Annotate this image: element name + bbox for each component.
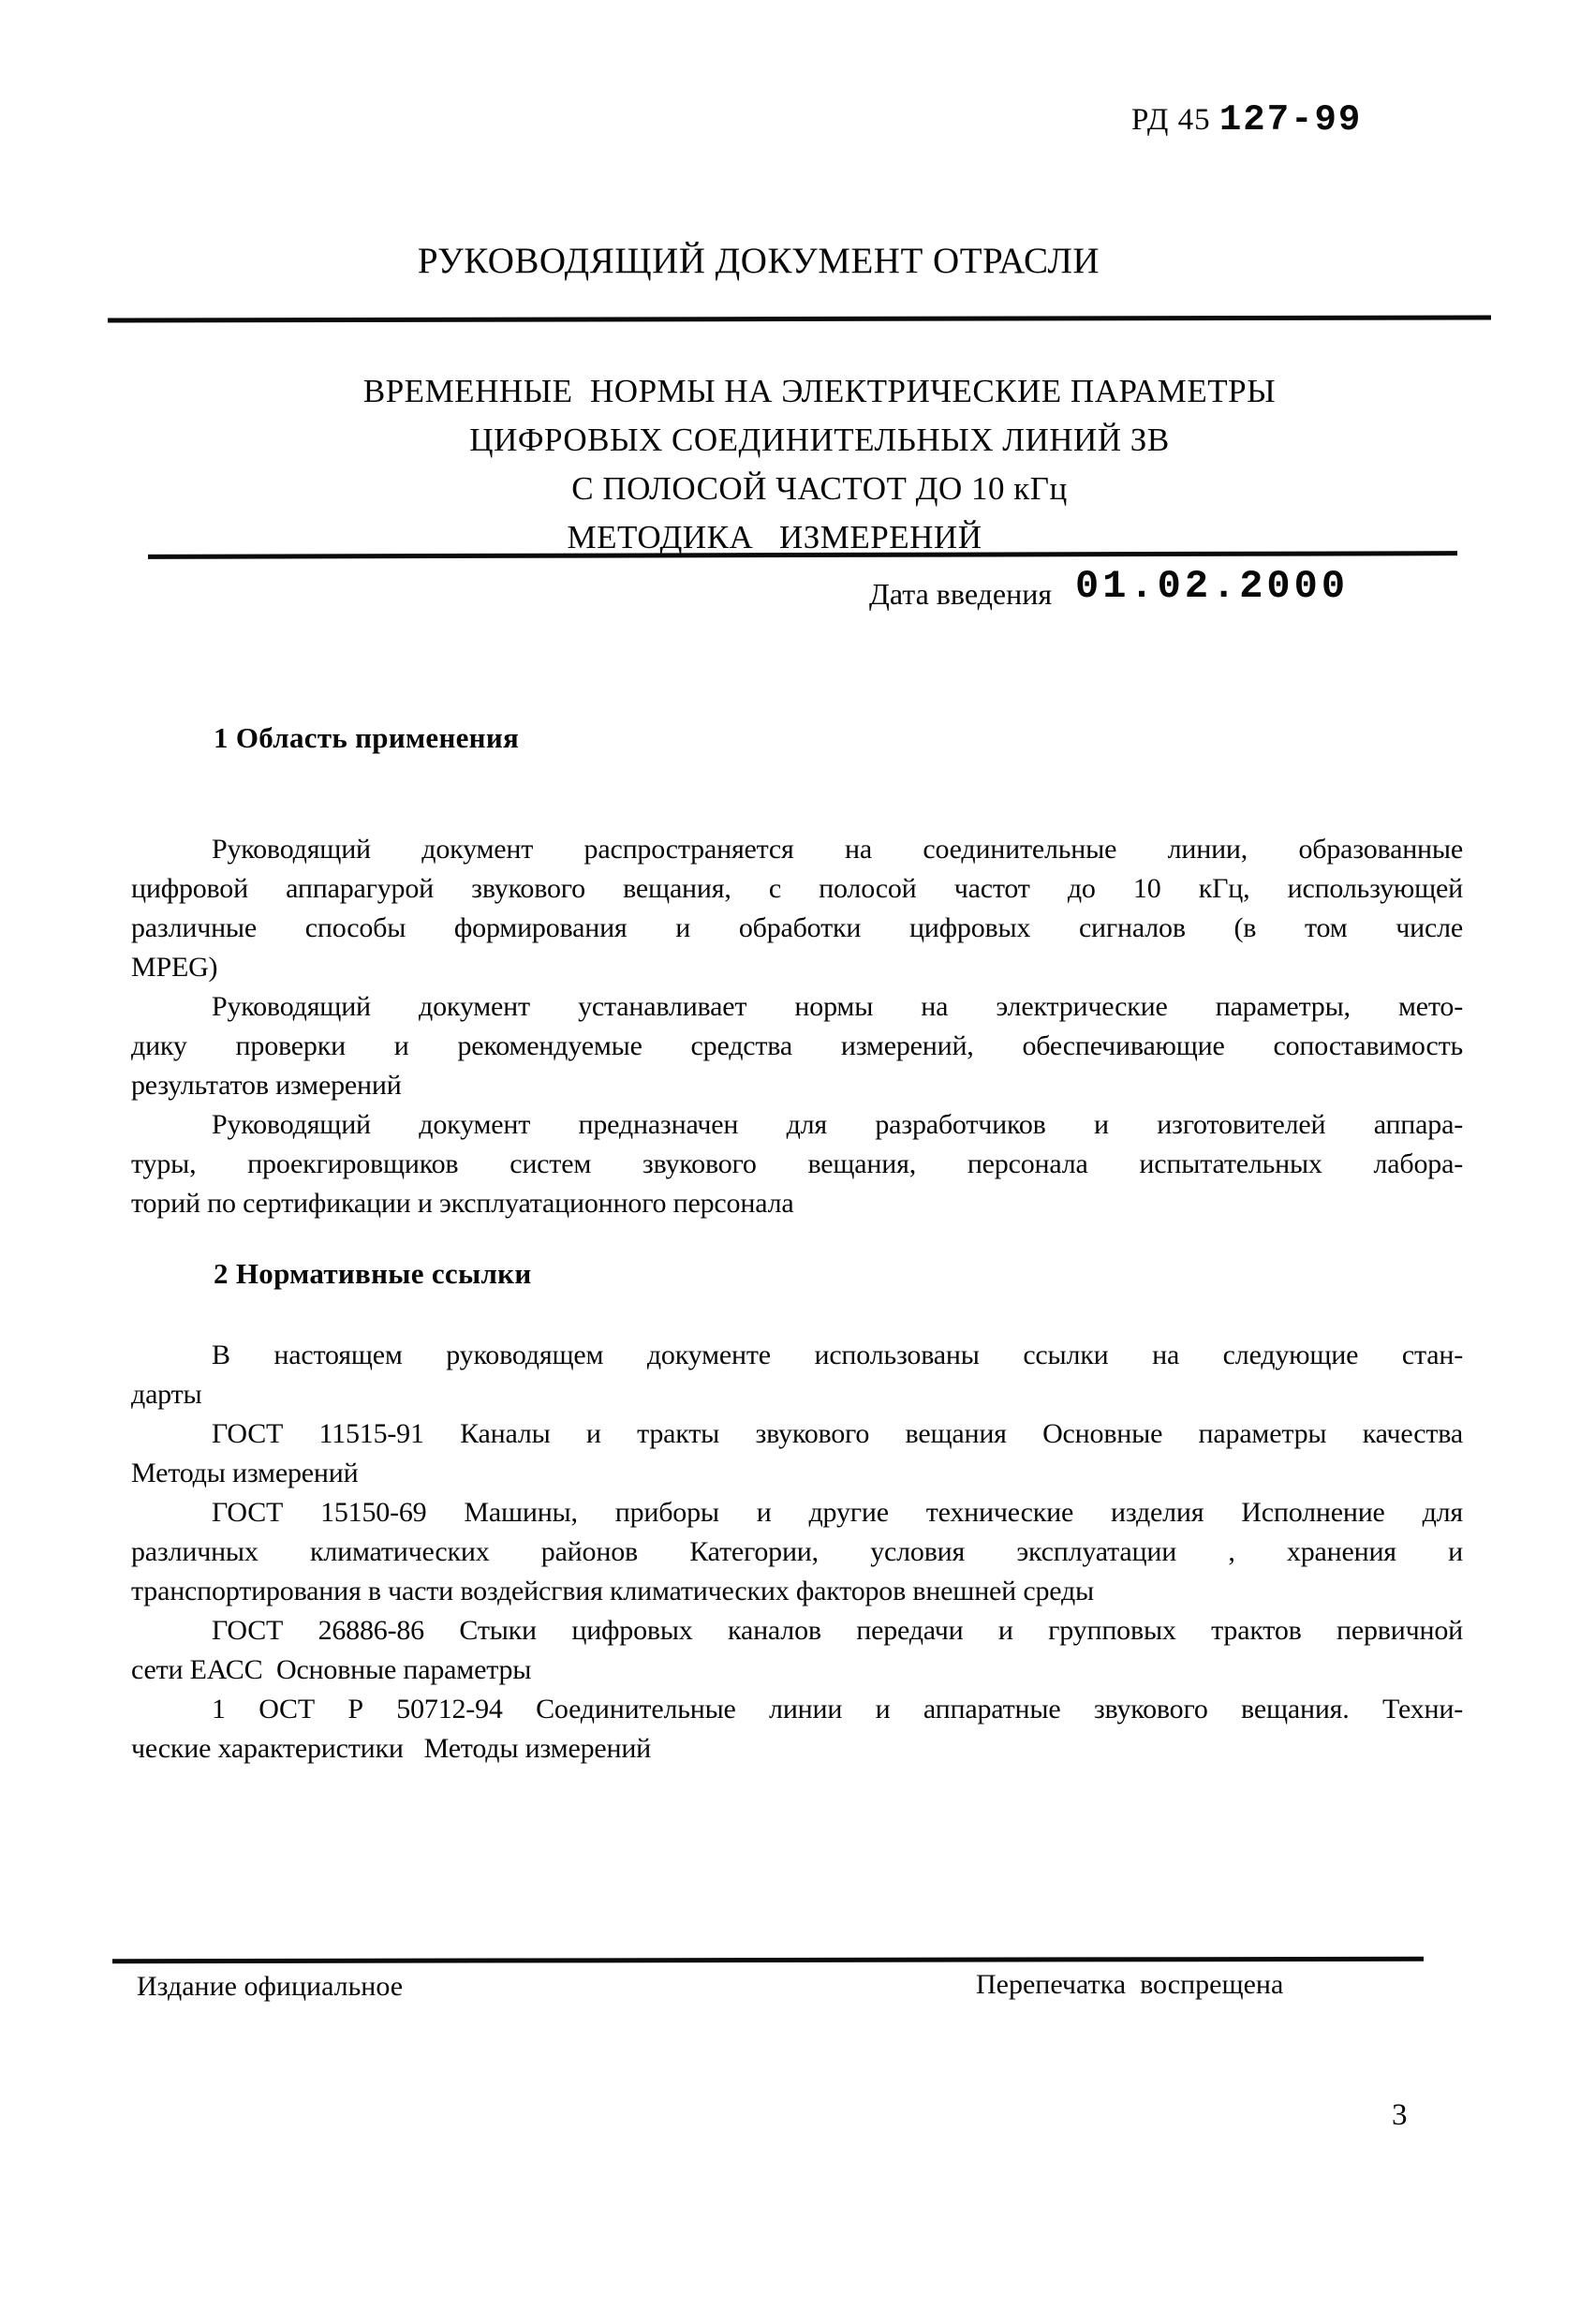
body-line: 1 ОСТ Р 50712-94 Соединительные линии и … [131, 1690, 1463, 1729]
body-line: Руководящий документ предназначен для ра… [131, 1105, 1463, 1145]
section-1-body: Руководящий документ распространяется на… [131, 830, 1463, 1223]
body-line: сети ЕАСС Основные параметры [131, 1650, 1463, 1690]
body-line: транспортирования в части воздейсгвия кл… [131, 1572, 1463, 1611]
body-line: Руководящий документ устанавливает нормы… [131, 987, 1463, 1027]
body-line: ГОСТ 15150-69 Машины, приборы и другие т… [131, 1493, 1463, 1532]
footer-reprint-note: Перепечатка воспрещена [976, 1969, 1283, 2001]
body-line: ГОСТ 11515-91 Каналы и тракты звукового … [131, 1414, 1463, 1454]
body-line: различных климатических районов Категори… [131, 1532, 1463, 1572]
top-horizontal-rule [108, 315, 1491, 322]
page-number: 3 [1392, 2098, 1408, 2133]
date-label: Дата введения [869, 577, 1052, 612]
footer-edition-note: Издание официальное [137, 1971, 403, 2003]
doc-title-block: ВРЕМЕННЫЕ НОРМЫ НА ЭЛЕКТРИЧЕСКИЕ ПАРАМЕТ… [42, 367, 1595, 562]
body-line: торий по сертификации и эксплуатационног… [131, 1184, 1463, 1223]
body-line: результатов измерений [131, 1066, 1463, 1105]
footer-horizontal-rule [112, 1957, 1424, 1963]
body-line: туры, проекгировщиков систем звукового в… [131, 1145, 1463, 1184]
body-line: ГОСТ 26886-86 Стыки цифровых каналов пер… [131, 1611, 1463, 1650]
section-2-body: В настоящем руководящем документе исполь… [131, 1336, 1463, 1769]
section-2-heading: 2 Нормативные ссылки [214, 1257, 531, 1291]
doc-title-line: ВРЕМЕННЫЕ НОРМЫ НА ЭЛЕКТРИЧЕСКИЕ ПАРАМЕТ… [42, 367, 1595, 416]
document-page: РД 45 127-99 РУКОВОДЯЩИЙ ДОКУМЕНТ ОТРАСЛ… [0, 0, 1595, 2324]
body-line: В настоящем руководящем документе исполь… [131, 1336, 1463, 1375]
body-line: MPEG) [131, 948, 1463, 987]
body-line: цифровой аппарагурой звукового вещания, … [131, 869, 1463, 909]
doc-code: РД 45 127-99 [1131, 99, 1362, 141]
body-line: Методы измерений [131, 1454, 1463, 1493]
doc-code-number: 127-99 [1219, 99, 1362, 141]
body-line: дику проверки и рекомендуемые средства и… [131, 1027, 1463, 1066]
doc-code-prefix: РД 45 [1131, 103, 1219, 137]
doc-title-line: ЦИФРОВЫХ СОЕДИНИТЕЛЬНЫХ ЛИНИЙ ЗВ [42, 416, 1595, 465]
body-line: различные способы формирования и обработ… [131, 909, 1463, 948]
doc-title-line: С ПОЛОСОЙ ЧАСТОТ ДО 10 кГц [42, 465, 1595, 513]
body-line: дарты [131, 1375, 1463, 1414]
body-line: Руководящий документ распространяется на… [131, 830, 1463, 869]
date-value: 01.02.2000 [1075, 564, 1349, 609]
doc-type-title: РУКОВОДЯЩИЙ ДОКУМЕНТ ОТРАСЛИ [56, 240, 1461, 282]
section-1-heading: 1 Область применения [214, 721, 519, 755]
body-line: ческие характеристики Методы измерений [131, 1729, 1463, 1769]
